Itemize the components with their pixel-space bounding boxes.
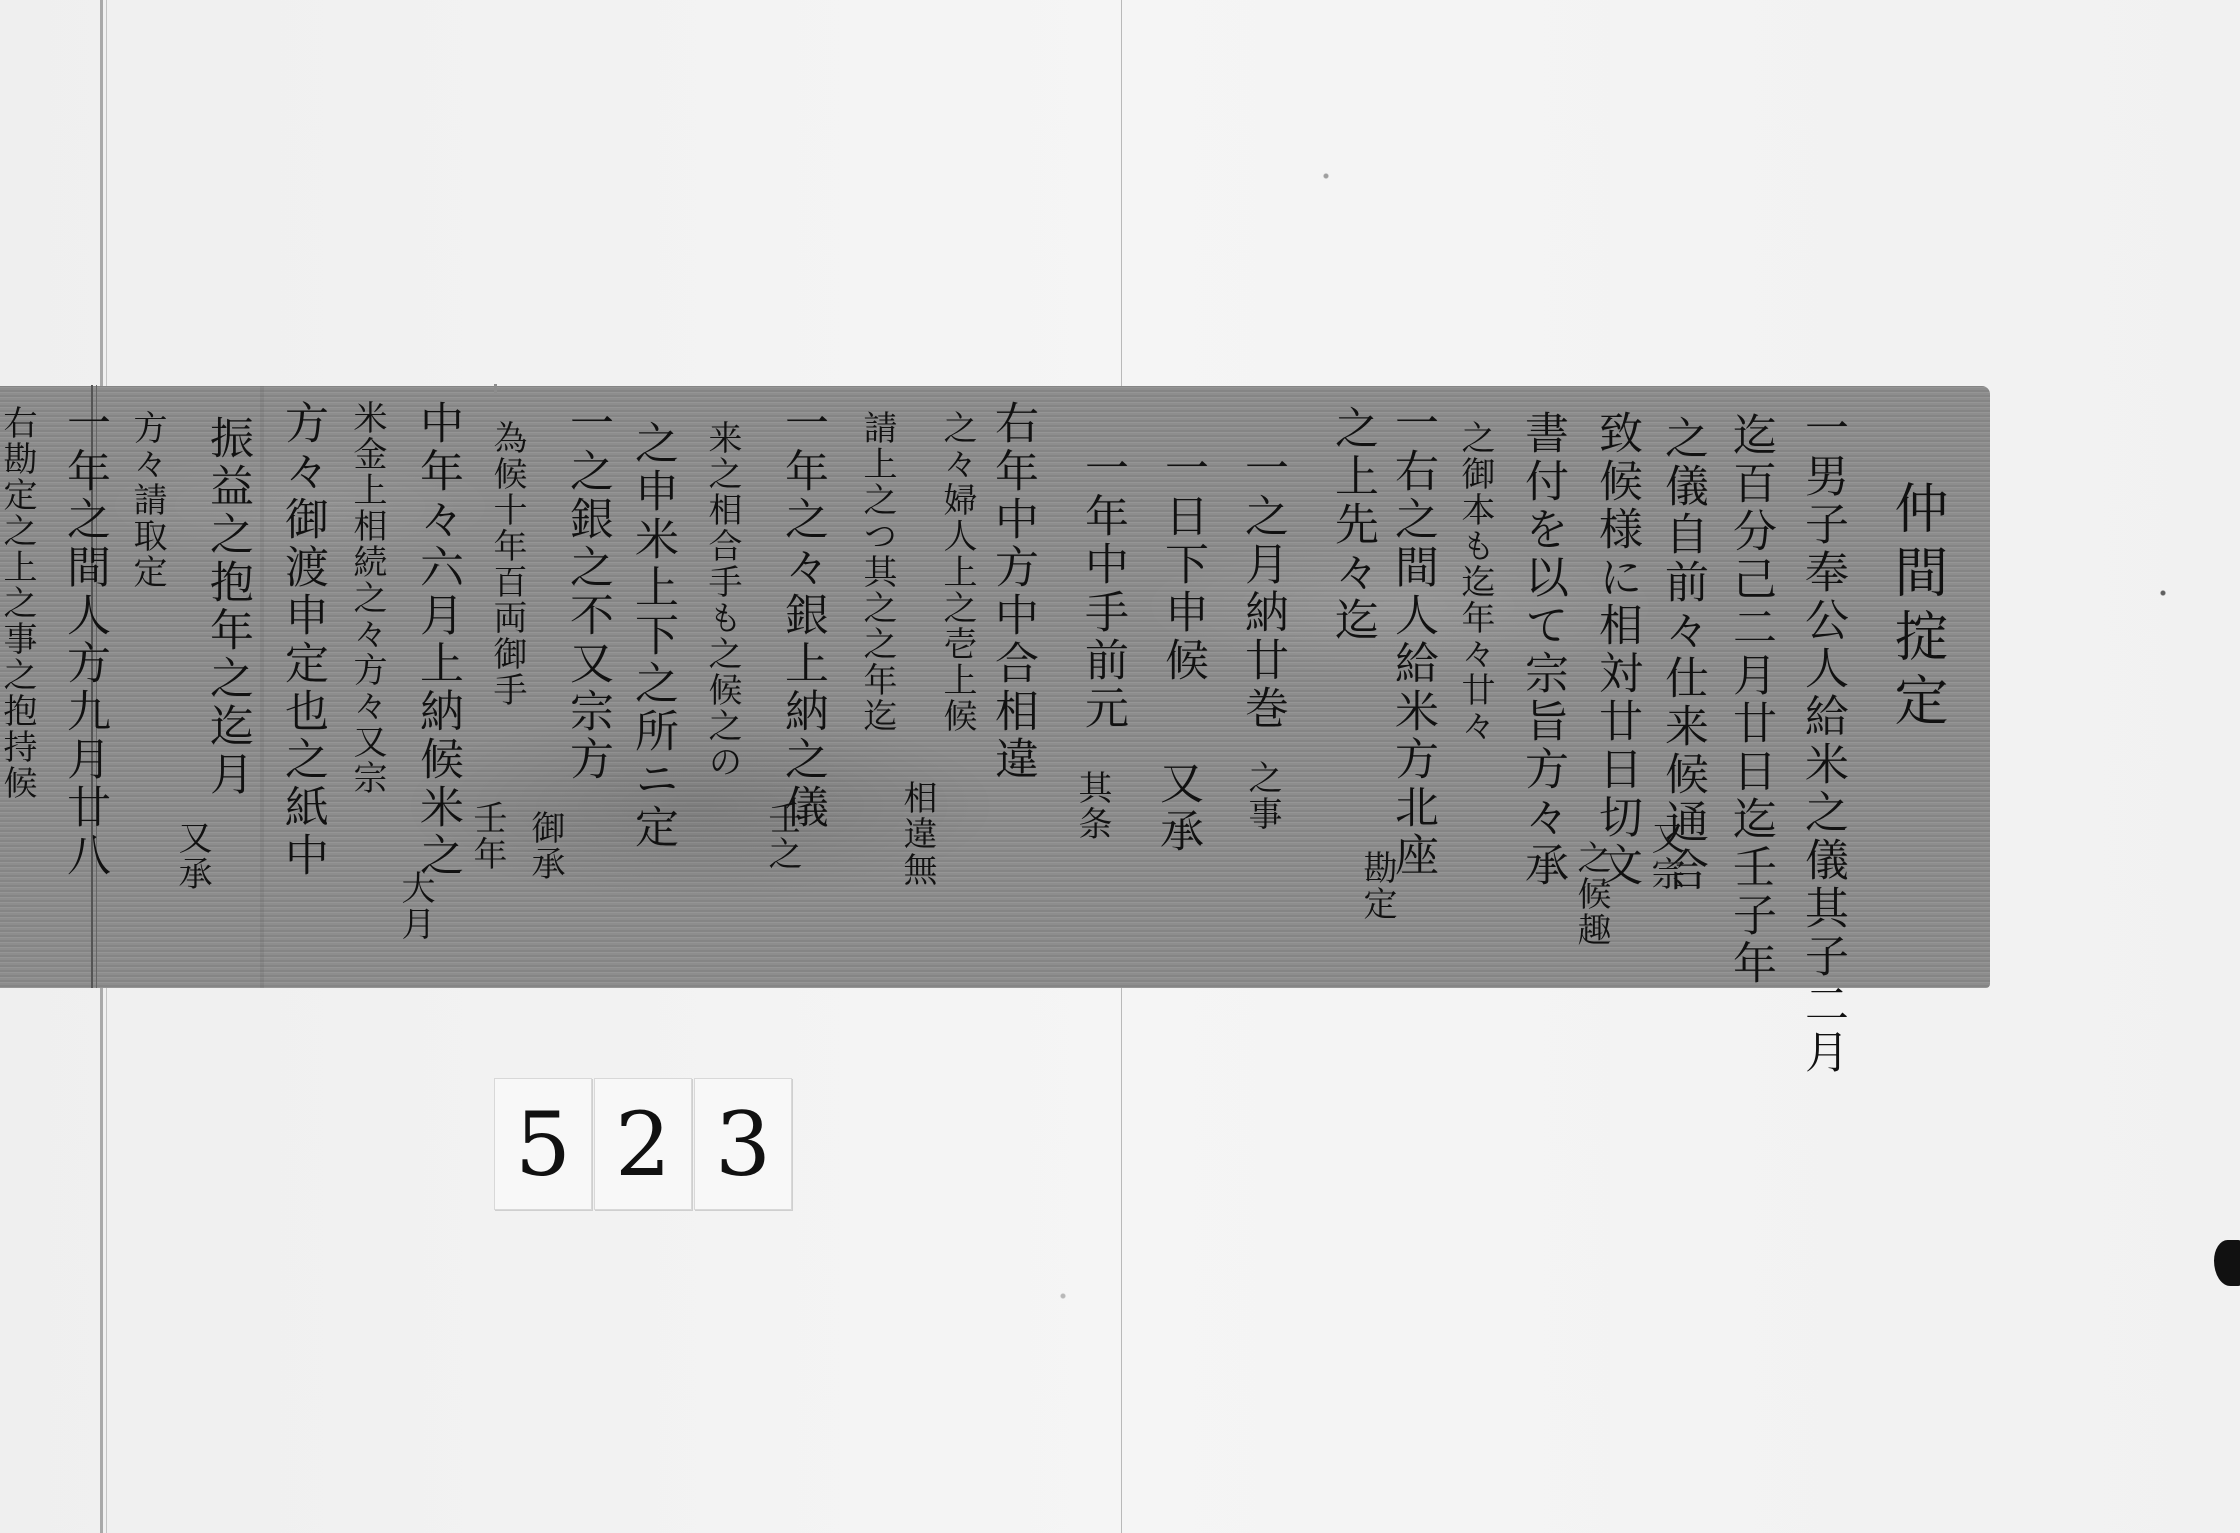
text-column: 右勘定之上之事之抱持候 (0, 405, 34, 801)
text-column: 之申米上下之所ニ定 (630, 420, 674, 852)
text-column: 方々御渡申定也之紙中 (280, 400, 324, 880)
text-column: 之事 (1245, 760, 1279, 832)
paper-fold (260, 386, 264, 988)
text-column: 之候趣 (1574, 840, 1608, 948)
text-column: 振益之抱年之迄月 (205, 415, 249, 799)
page-number-label: 5 2 3 (494, 1078, 794, 1210)
text-column: 壬年 (470, 800, 504, 872)
text-column: 為候十年百両御手 (490, 420, 524, 708)
text-column: 一之月納廿巻 (1240, 445, 1284, 733)
text-column: 一日下申候 (1160, 445, 1204, 685)
document-title: 仲間掟定 (1890, 480, 1944, 736)
text-column: 之御本も迄年々廿々 (1458, 420, 1492, 744)
text-column: 一之銀之不又宗方 (565, 400, 609, 784)
text-column: 一年之間人方九月廿八 (62, 400, 106, 880)
text-column: 御承 (528, 810, 562, 882)
text-column: 迄百分己二月廿日迄壬子年 (1728, 412, 1772, 988)
text-column: 請上之つ其之之年迄 (860, 410, 894, 734)
text-column: 一年中手前元 (1080, 445, 1124, 733)
text-column: 之上先々迄 (1330, 405, 1374, 645)
text-column: 大月 (398, 870, 432, 942)
page-number-digit: 2 (594, 1078, 692, 1210)
text-column: 致候様に相対廿日切文 (1594, 410, 1638, 890)
text-column: 書付を以て宗旨方々承 (1520, 410, 1564, 890)
text-column: 勘定 (1360, 850, 1394, 922)
text-column: 又承 (1155, 760, 1199, 856)
text-column: 来之相合手も之候之の (705, 420, 739, 780)
text-column: 之々婦人上之壱上候 (940, 410, 974, 734)
text-column: 一年之々銀上納之儀 (780, 400, 824, 832)
text-column: 又承 (175, 820, 209, 892)
text-column: 壬之 (765, 800, 799, 872)
text-column: 方々請取定 (130, 410, 164, 590)
text-column: 相違無 (900, 780, 934, 888)
text-column: 其条 (1075, 770, 1109, 842)
text-column: 中年々六月上納候米之 (415, 400, 459, 880)
paper-seam (494, 384, 497, 394)
page-number-digit: 3 (694, 1078, 792, 1210)
text-column: 一右之間人給米方北座 (1390, 400, 1434, 880)
text-column: 右年中方中合相違 (990, 400, 1034, 784)
page-number-digit: 5 (494, 1078, 592, 1210)
text-column: 一男子奉公人給米之儀其子二月 (1800, 405, 1844, 1077)
text-column: 又宗 (1648, 820, 1682, 892)
text-column: 米金上相続之々方々又宗 (350, 400, 384, 796)
